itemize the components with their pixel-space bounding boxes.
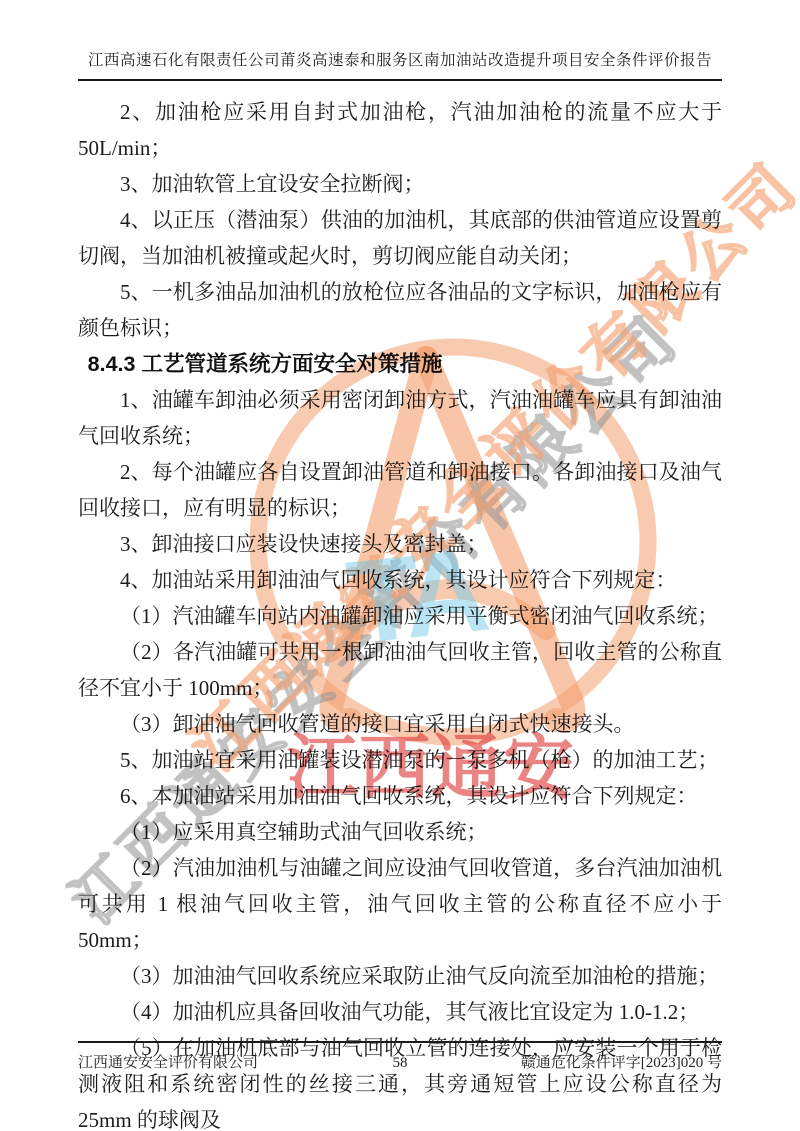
paragraph: 5、加油站宜采用油罐装设潜油泵的一泵多机（枪）的加油工艺； bbox=[78, 742, 722, 778]
paragraph: 4、以正压（潜油泵）供油的加油机，其底部的供油管道应设置剪切阀，当加油机被撞或起… bbox=[78, 202, 722, 274]
paragraph: 4、加油站采用卸油油气回收系统，其设计应符合下列规定： bbox=[78, 562, 722, 598]
paragraph: （3）加油油气回收系统应采取防止油气反向流至加油枪的措施； bbox=[78, 958, 722, 994]
paragraph: 1、油罐车卸油必须采用密闭卸油方式，汽油油罐车应具有卸油油气回收系统； bbox=[78, 382, 722, 454]
paragraph: （2）汽油加油机与油罐之间应设油气回收管道，多台汽油加油机可共用 1 根油气回收… bbox=[78, 850, 722, 958]
report-title: 江西高速石化有限责任公司莆炎高速泰和服务区南加油站改造提升项目安全条件评价报告 bbox=[78, 48, 722, 70]
paragraph: （1）汽油罐车向站内油罐卸油应采用平衡式密闭油气回收系统； bbox=[78, 598, 722, 634]
paragraph: 8.4.3 工艺管道系统方面安全对策措施 bbox=[78, 346, 722, 382]
paragraph: 3、加油软管上宜设安全拉断阀； bbox=[78, 166, 722, 202]
paragraph: 2、每个油罐应各自设置卸油管道和卸油接口。各卸油接口及油气回收接口，应有明显的标… bbox=[78, 454, 722, 526]
paragraph: （1）应采用真空辅助式油气回收系统； bbox=[78, 814, 722, 850]
paragraph: （3）卸油油气回收管道的接口宜采用自闭式快速接头。 bbox=[78, 706, 722, 742]
header-divider bbox=[78, 79, 722, 81]
paragraph: 6、本加油站采用加油油气回收系统，其设计应符合下列规定： bbox=[78, 778, 722, 814]
paragraph: 2、加油枪应采用自封式加油枪，汽油加油枪的流量不应大于 50L/min； bbox=[78, 94, 722, 166]
document-body: 2、加油枪应采用自封式加油枪，汽油加油枪的流量不应大于 50L/min； 3、加… bbox=[78, 94, 722, 1131]
paragraph: （2）各汽油罐可共用一根卸油油气回收主管，回收主管的公称直径不宜小于 100mm… bbox=[78, 634, 722, 706]
page-header: 江西高速石化有限责任公司莆炎高速泰和服务区南加油站改造提升项目安全条件评价报告 bbox=[78, 48, 722, 81]
paragraph: （5）在加油机底部与油气回收立管的连接处，应安装一个用于检测液阻和系统密闭性的丝… bbox=[78, 1030, 722, 1131]
paragraph: （4）加油机应具备回收油气功能，其气液比宜设定为 1.0-1.2； bbox=[78, 994, 722, 1030]
document-page: 江西高速石化有限责任公司莆炎高速泰和服务区南加油站改造提升项目安全条件评价报告 … bbox=[0, 0, 800, 1131]
paragraph: 3、卸油接口应装设快速接头及密封盖； bbox=[78, 526, 722, 562]
paragraph: 5、一机多油品加油机的放枪位应各油品的文字标识，加油枪应有颜色标识； bbox=[78, 274, 722, 346]
